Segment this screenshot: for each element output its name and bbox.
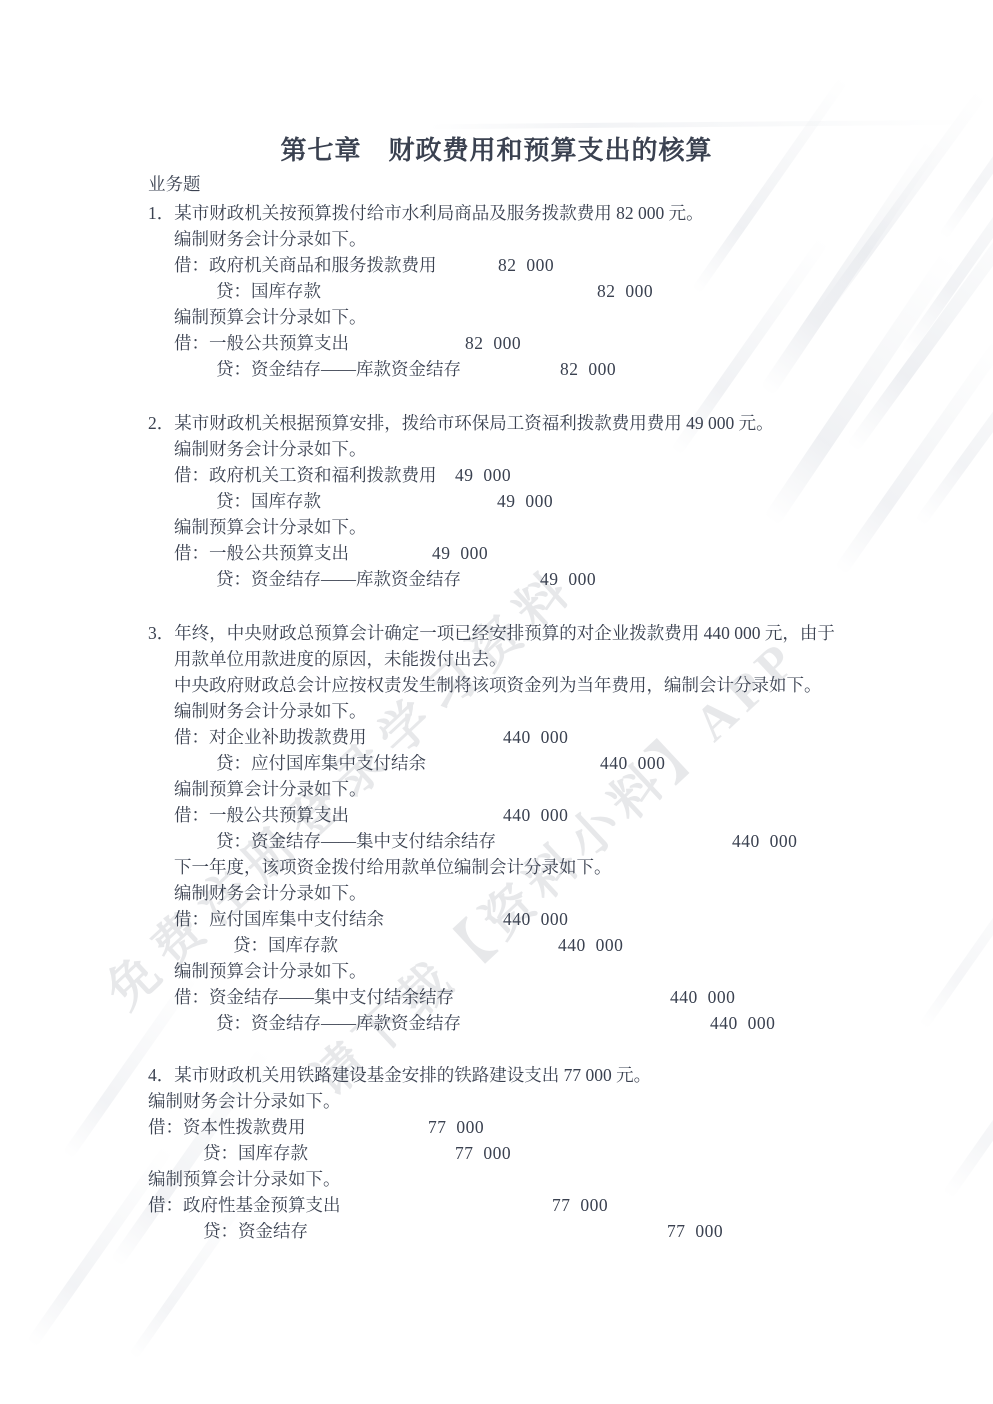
document-line: 编制财务会计分录如下。 [174,698,367,724]
document-line: 借：资本性拨款费用 [148,1114,306,1140]
document-line: 中央政府财政总会计应按权责发生制将该项资金列为当年费用，编制会计分录如下。 [174,672,822,698]
entry-amount: 49 000 [497,488,553,514]
entry-amount: 440 000 [732,828,797,854]
entry-amount: 440 000 [503,802,568,828]
document-line: 借：一般公共预算支出 [174,802,349,828]
document-line: 借：应付国库集中支付结余 [174,906,384,932]
entry-amount: 77 000 [552,1192,608,1218]
page-title: 第七章 财政费用和预算支出的核算 [0,130,993,167]
document-line: 贷：资金结存 [203,1218,308,1244]
entry-amount: 77 000 [428,1114,484,1140]
document-line: 编制预算会计分录如下。 [174,514,367,540]
document-line: 1．某市财政机关按预算拨付给市水利局商品及服务拨款费用 82 000 元。 [148,200,704,226]
document-line: 贷：国库存款 [216,488,321,514]
entry-amount: 440 000 [670,984,735,1010]
document-line: 借：资金结存——集中支付结余结存 [174,984,454,1010]
section-label: 业务题 [148,171,201,197]
entry-amount: 440 000 [710,1010,775,1036]
document-line: 借：政府机关工资和福利拨款费用 [174,462,437,488]
document-line: 3．年终，中央财政总预算会计确定一项已经安排预算的对企业拨款费用 440 000… [148,620,835,646]
document-page: 免费注册登录学习资料 请下载【资料小料】APP 第七章 财政费用和预算支出的核算… [0,0,993,1404]
entry-amount: 77 000 [667,1218,723,1244]
entry-amount: 49 000 [455,462,511,488]
document-line: 贷：资金结存——库款资金结存 [216,1010,461,1036]
document-line: 编制预算会计分录如下。 [174,304,367,330]
document-line: 编制财务会计分录如下。 [174,226,367,252]
document-line: 用款单位用款进度的原因，未能拨付出去。 [174,646,507,672]
entry-amount: 440 000 [503,906,568,932]
document-line: 编制财务会计分录如下。 [174,436,367,462]
document-line: 贷：资金结存——库款资金结存 [216,566,461,592]
entry-amount: 82 000 [597,278,653,304]
entry-amount: 440 000 [503,724,568,750]
document-line: 编制财务会计分录如下。 [148,1088,341,1114]
document-line: 编制财务会计分录如下。 [174,880,367,906]
document-line: 4．某市财政机关用铁路建设基金安排的铁路建设支出 77 000 元。 [148,1062,651,1088]
entry-amount: 82 000 [498,252,554,278]
document-line: 编制预算会计分录如下。 [174,958,367,984]
document-line: 贷：资金结存——库款资金结存 [216,356,461,382]
entry-amount: 82 000 [465,330,521,356]
document-line: 贷：国库存款 [203,1140,308,1166]
entry-amount: 440 000 [600,750,665,776]
document-line: 2．某市财政机关根据预算安排，拨给市环保局工资福利拨款费用费用 49 000 元… [148,410,774,436]
document-line: 借：对企业补助拨款费用 [174,724,367,750]
document-line: 借：政府机关商品和服务拨款费用 [174,252,437,278]
entry-amount: 49 000 [432,540,488,566]
document-line: 借：一般公共预算支出 [174,330,349,356]
document-line: 编制预算会计分录如下。 [174,776,367,802]
document-line: 贷：应付国库集中支付结余 [216,750,426,776]
entry-amount: 77 000 [455,1140,511,1166]
document-line: 借：一般公共预算支出 [174,540,349,566]
document-line: 贷：国库存款 [233,932,338,958]
document-line: 下一年度，该项资金拨付给用款单位编制会计分录如下。 [174,854,612,880]
document-line: 贷：资金结存——集中支付结余结存 [216,828,496,854]
entry-amount: 440 000 [558,932,623,958]
document-line: 借：政府性基金预算支出 [148,1192,341,1218]
entry-amount: 49 000 [540,566,596,592]
document-line: 贷：国库存款 [216,278,321,304]
entry-amount: 82 000 [560,356,616,382]
document-line: 编制预算会计分录如下。 [148,1166,341,1192]
